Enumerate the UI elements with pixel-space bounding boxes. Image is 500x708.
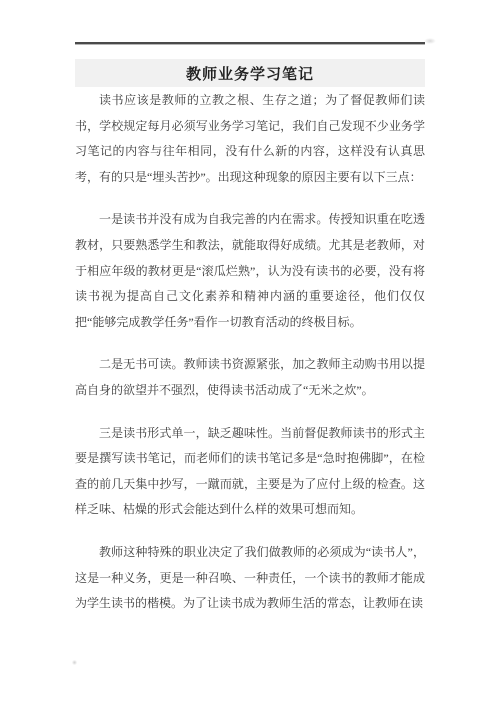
paragraph-point-three: 三是读书形式单一，缺乏趣味性。当前督促教师读书的形式主要是撰写读书笔记，而老师们…	[75, 421, 425, 523]
horizontal-rule	[75, 42, 425, 45]
paragraph-intro: 读书应该是教师的立教之根、生存之道；为了督促教师们读书，学校规定每月必须写业务学…	[75, 88, 425, 190]
paragraph-point-one: 一是读书并没有成为自我完善的内在需求。传授知识重在吃透教材，只要熟悉学生和教法，…	[75, 207, 425, 335]
page-title: 教师业务学习笔记	[186, 63, 314, 84]
paragraph-conclusion: 教师这种特殊的职业决定了我们做教师的必须成为“读书人”，这是一种义务，更是一种召…	[75, 540, 425, 617]
document-page: 教师业务学习笔记 读书应该是教师的立教之根、生存之道；为了督促教师们读书，学校规…	[0, 0, 500, 708]
paragraph-point-two: 二是无书可读。教师读书资源紧张，加之教师主动购书用以提高自身的欲望并不强烈，使得…	[75, 352, 425, 403]
scan-artifact-smudge	[424, 38, 436, 44]
title-band: 教师业务学习笔记	[75, 59, 425, 87]
scan-artifact-dot	[72, 660, 77, 665]
document-body: 读书应该是教师的立教之根、生存之道；为了督促教师们读书，学校规定每月必须写业务学…	[75, 88, 425, 634]
